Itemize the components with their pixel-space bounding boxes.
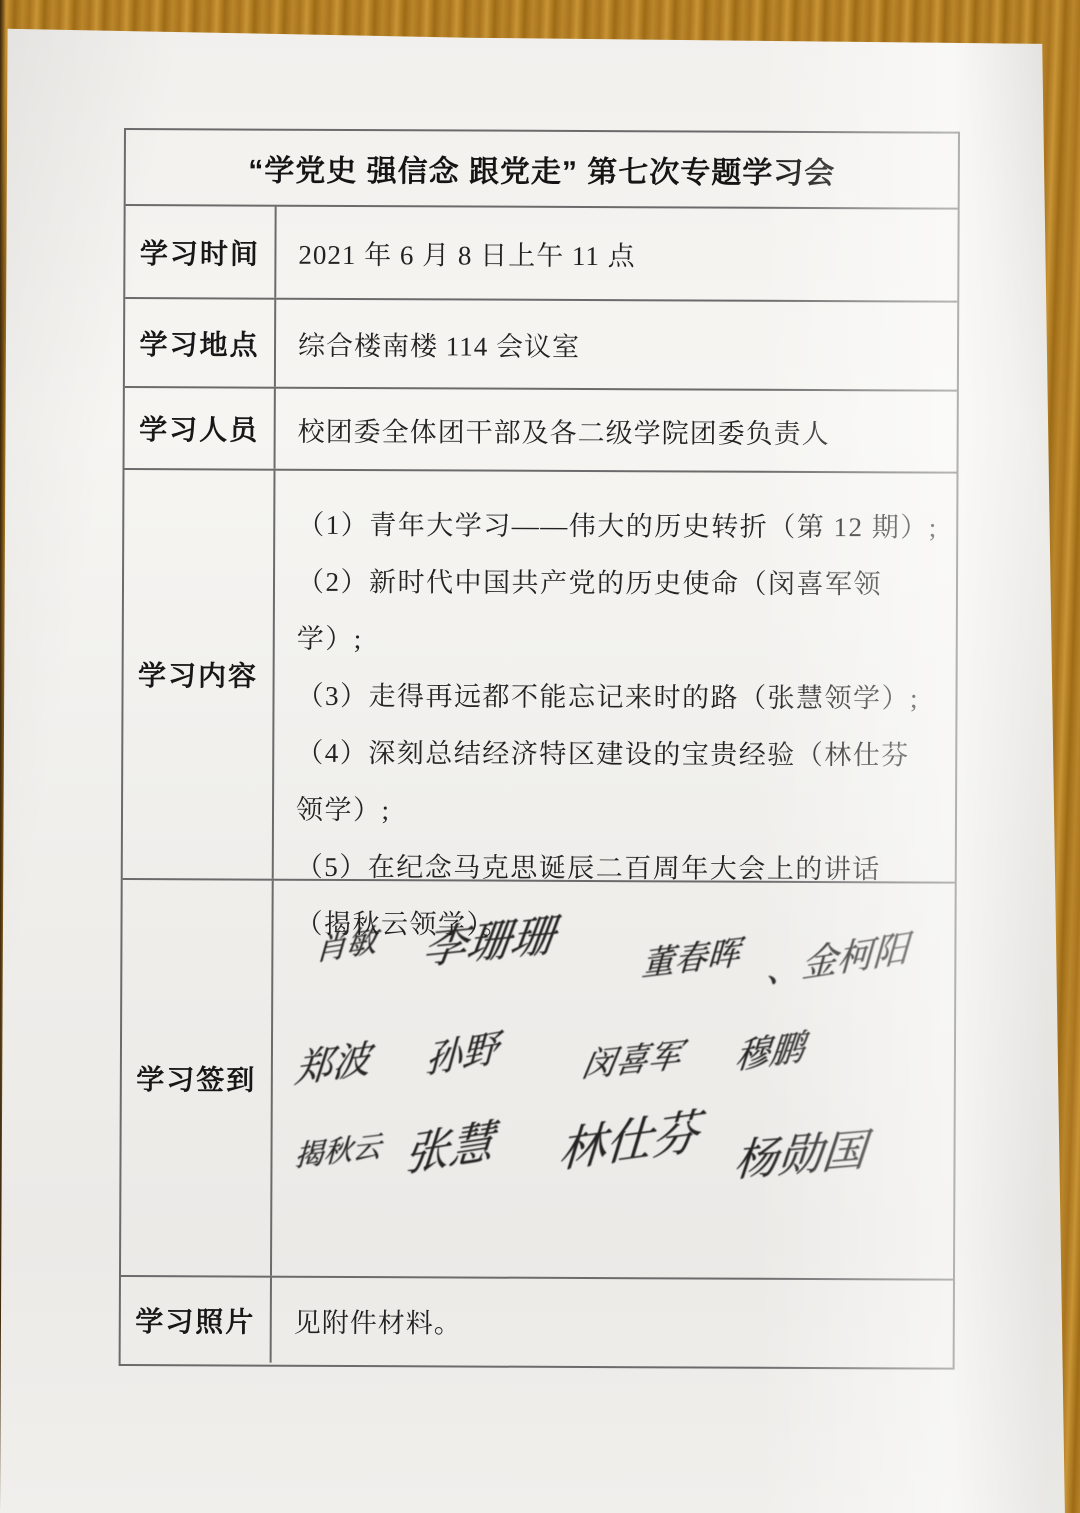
row-value-time: 2021 年 6 月 8 日上午 11 点 [276,207,957,301]
table-row: 学习照片 见附件材料。 [121,1277,953,1366]
row-value-people: 校团委全体团干部及各二级学院团委负责人 [276,389,957,472]
table-row: 学习地点 综合楼南楼 114 会议室 [125,299,957,392]
content-item-3: （3）走得再远都不能忘记来时的路（张慧领学）; [296,668,937,728]
row-label-signin: 学习签到 [121,880,274,1276]
signature: 孙野 [424,1017,499,1085]
signature: 郑波 [293,1027,373,1093]
signature: 张慧 [402,1104,497,1184]
signature: 李珊珊 [419,898,560,977]
row-label-time: 学习时间 [125,206,276,298]
study-record-table: “学党史 强信念 跟党走” 第七次专题学习会 学习时间 2021 年 6 月 8… [119,128,960,1370]
content-item-2: （2）新时代中国共产党的历史使命（闵喜军领学）; [297,554,938,671]
study-content-list: （1）青年大学习——伟大的历史转折（第 12 期）; （2）新时代中国共产党的历… [274,471,957,882]
signature: 董春晖 [640,926,741,985]
table-row: 学习人员 校团委全体团干部及各二级学院团委负责人 [125,388,957,474]
table-row: 学习时间 2021 年 6 月 8 日上午 11 点 [125,206,957,303]
paper-sheet: “学党史 强信念 跟党走” 第七次专题学习会 学习时间 2021 年 6 月 8… [0,0,1080,1513]
signature: 闵喜军 [579,1029,686,1087]
row-label-content: 学习内容 [123,470,276,879]
signature-area: 肖敏 李珊珊 董春晖 、金柯阳 郑波 孙野 闵喜军 穆鹏 揭秋云 张慧 林仕芬 … [272,881,955,1279]
table-row: 学习签到 肖敏 李珊珊 董春晖 、金柯阳 郑波 孙野 闵喜军 穆鹏 揭秋云 张慧… [121,880,955,1281]
signature: 肖敏 [315,914,379,969]
signature: 林仕芬 [557,1094,702,1181]
row-value-place: 综合楼南楼 114 会议室 [276,300,957,390]
row-label-photo: 学习照片 [121,1277,272,1363]
table-row: 学习内容 （1）青年大学习——伟大的历史转折（第 12 期）; （2）新时代中国… [123,470,957,884]
signature: 揭秋云 [294,1124,383,1176]
content-item-4: （4）深刻总结经济特区建设的宝贵经验（林仕芬领学）; [296,725,937,842]
signature: 杨勋国 [732,1113,869,1189]
content-item-1: （1）青年大学习——伟大的历史转折（第 12 期）; [297,497,938,557]
row-value-photo: 见附件材料。 [272,1278,953,1366]
signature: 、金柯阳 [765,920,910,994]
document-title: “学党史 强信念 跟党走” 第七次专题学习会 [126,130,958,210]
row-label-place: 学习地点 [125,299,276,387]
row-label-people: 学习人员 [125,388,276,469]
signature: 穆鹏 [732,1019,807,1080]
